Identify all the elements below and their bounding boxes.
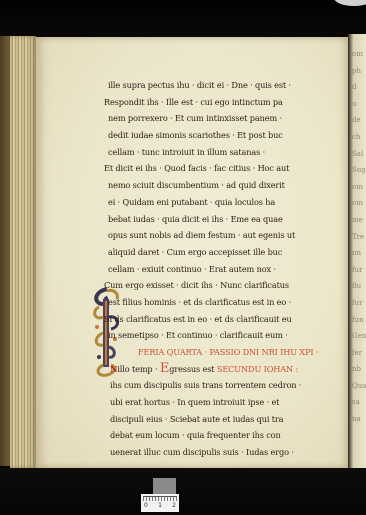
text-line: Respondit ihs · Ille est · cui ego intin… — [104, 94, 340, 111]
dark-background-top — [0, 0, 366, 40]
ruler-label: 2 — [172, 502, 176, 509]
text-line: nem porrexero · Et cum intinxisset panem… — [108, 110, 340, 127]
dark-background-bottom — [0, 468, 366, 515]
ruler-ticks — [143, 496, 177, 501]
rubric-heading: FERIA QUARTA · PASSIO DNI NRI IHU XPI · — [138, 344, 340, 361]
manuscript-text: ille supra pectus ihu · dicit ei · Dne ·… — [108, 77, 340, 461]
text-line: nemo sciuit discumbentium · ad quid dixe… — [108, 177, 340, 194]
text-line: Et dicit ei ihs · Quod facis · fac citiu… — [104, 160, 340, 177]
page-edges-stack — [10, 36, 36, 468]
text-line: aliquid daret · Cum ergo accepisset ille… — [108, 244, 340, 261]
text-line: Si ds clarificatus est in eo · et ds cla… — [104, 311, 340, 328]
text-line: Cum ergo exisset · dicit ihs · Nunc clar… — [104, 277, 340, 294]
text-line: debat eum locum · quia frequenter ihs co… — [110, 427, 340, 444]
facing-page: om ph d u de ch Sal Sug om om me Tre nn … — [348, 34, 366, 474]
text-line: in semetipso · Et continuo · clarificaui… — [108, 327, 340, 344]
ruler-label: 0 — [144, 502, 148, 509]
initial-e: E — [160, 361, 169, 376]
text-line: cellam · tunc introiuit in illum satanas… — [108, 144, 340, 161]
scale-ruler: 0 1 2 — [141, 494, 179, 512]
text-line: opus sunt nobis ad diem festum · aut ege… — [108, 227, 340, 244]
facing-page-text: om ph d u de ch Sal Sug om om me Tre nn … — [352, 46, 366, 428]
text-line: dedit iudae simonis scariothes · Et post… — [108, 127, 340, 144]
text-line: ei · Quidam eni putabant · quia loculos … — [108, 194, 340, 211]
text-line: est filius hominis · et ds clarificatus … — [108, 294, 340, 311]
text-line: discipuli eius · Sciebat aute et iudas q… — [110, 411, 340, 428]
text-line: bebat iudas · quia dicit ei ihs · Eme ea… — [108, 211, 340, 228]
color-reference-patch — [153, 478, 176, 494]
text-line: cellam · exiuit continuo · Erat autem no… — [108, 261, 340, 278]
text-line: Nillo temp · Egressus est SECUNDU IOHAN … — [110, 361, 340, 378]
text-line: ihs cum discipulis suis trans torrentem … — [110, 377, 340, 394]
text-line: ille supra pectus ihu · dicit ei · Dne ·… — [108, 77, 340, 94]
text-line: ubi erat hortus · In quem introiuit ipse… — [110, 394, 340, 411]
ruler-label: 1 — [158, 502, 162, 509]
text-line: uenerat illuc cum discipulis suis · Iuda… — [110, 444, 340, 461]
